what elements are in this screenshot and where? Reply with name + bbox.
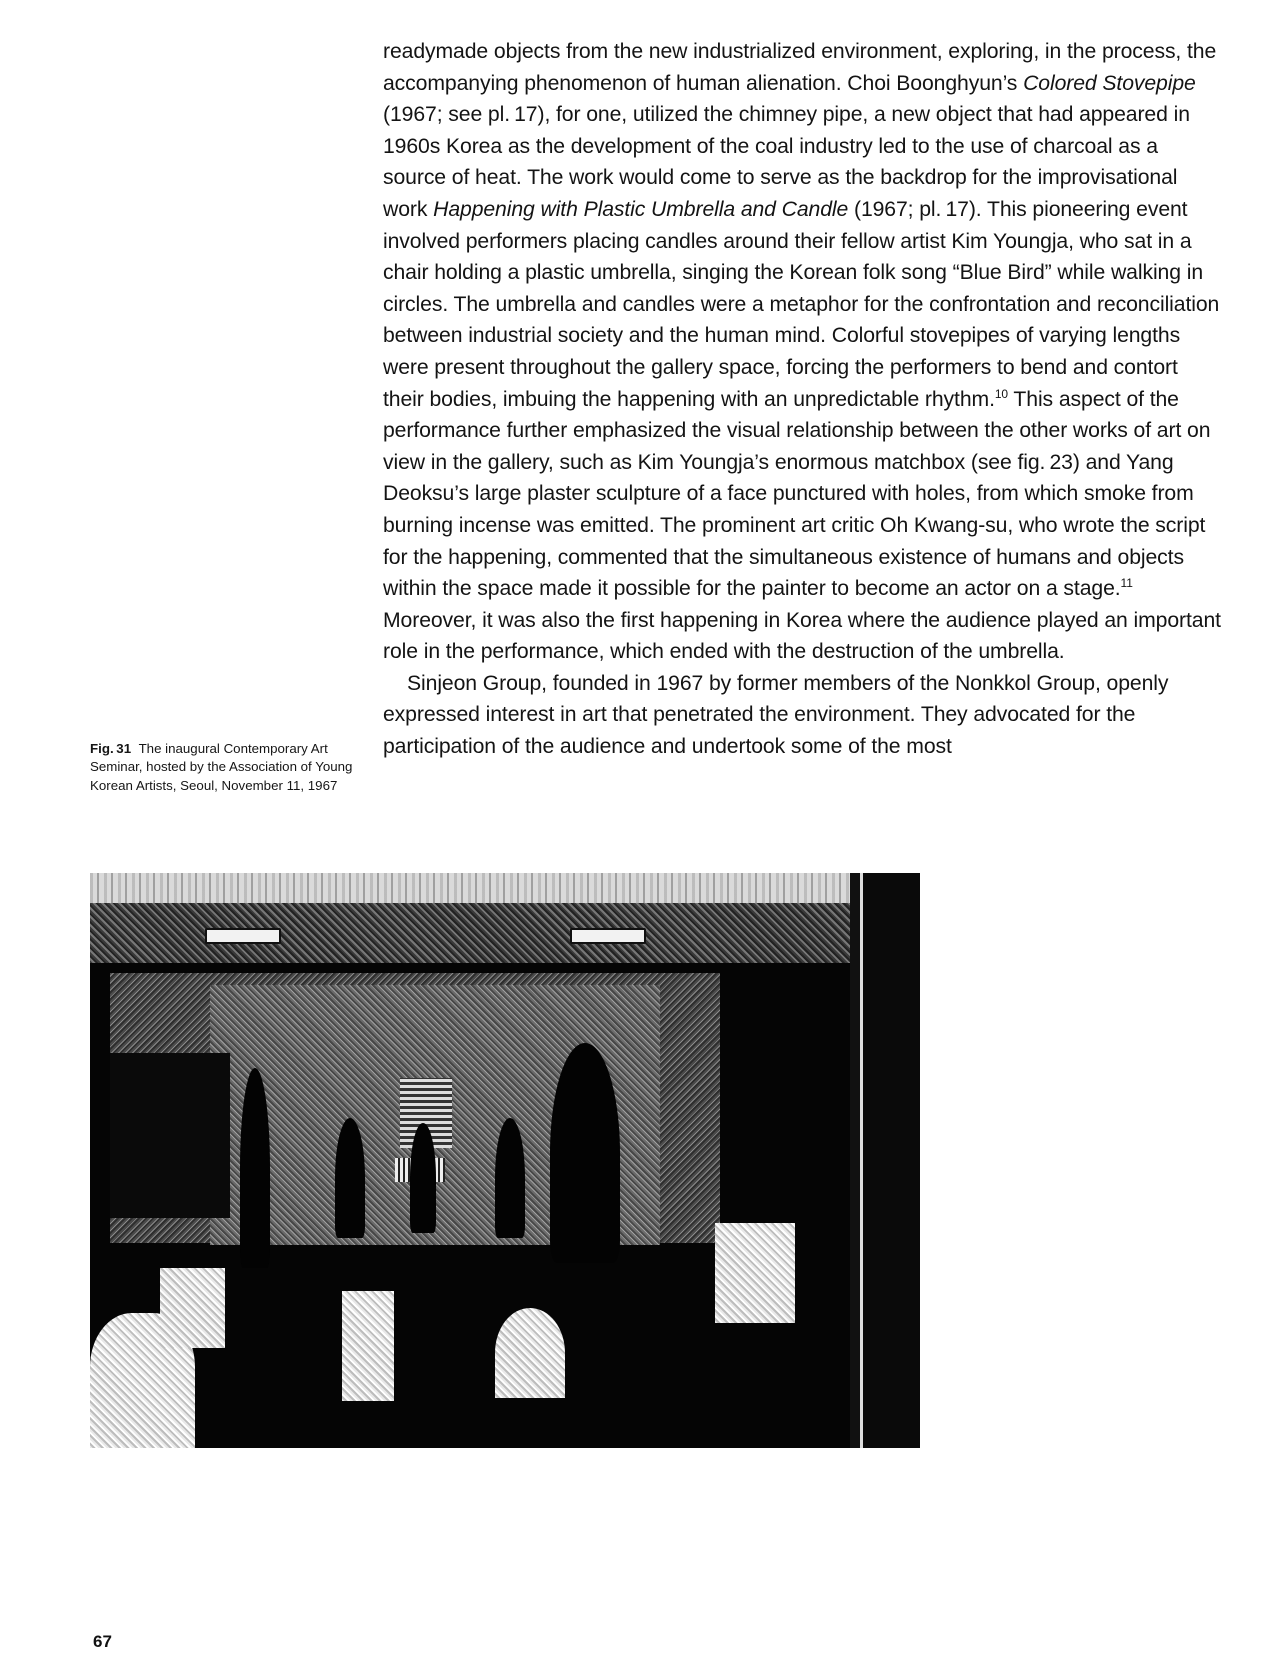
photo-audience-member [342, 1291, 394, 1401]
paragraph-2: Sinjeon Group, founded in 1967 by former… [383, 668, 1223, 763]
photo-audience-member [495, 1308, 565, 1398]
figure-label: Fig. 31 [90, 741, 131, 756]
photo-pillar [850, 873, 920, 1448]
ceiling-lamp [205, 928, 281, 944]
photo-person [550, 1043, 620, 1263]
footnote-ref[interactable]: 11 [1121, 576, 1133, 590]
main-body-text: readymade objects from the new industria… [383, 36, 1223, 763]
photo-audience-member [160, 1268, 225, 1348]
photo-ceiling [90, 903, 850, 963]
photo-ceiling-edge [90, 873, 920, 903]
figure-photo [90, 873, 920, 1448]
page-number: 67 [93, 1632, 112, 1652]
photo-blackboard [110, 1053, 230, 1218]
artwork-title: Happening with Plastic Umbrella and Cand… [433, 198, 848, 221]
photo-person [335, 1118, 365, 1238]
photo-audience-member [715, 1223, 795, 1323]
ceiling-lamp [570, 928, 646, 944]
photo-person [240, 1068, 270, 1268]
footnote-ref[interactable]: 10 [995, 387, 1008, 401]
artwork-title: Colored Stovepipe [1023, 72, 1196, 95]
photo-person [410, 1123, 436, 1233]
photo-person [495, 1118, 525, 1238]
figure-caption: Fig. 31 The inaugural Contemporary Art S… [90, 740, 360, 795]
paragraph-1: readymade objects from the new industria… [383, 36, 1223, 668]
